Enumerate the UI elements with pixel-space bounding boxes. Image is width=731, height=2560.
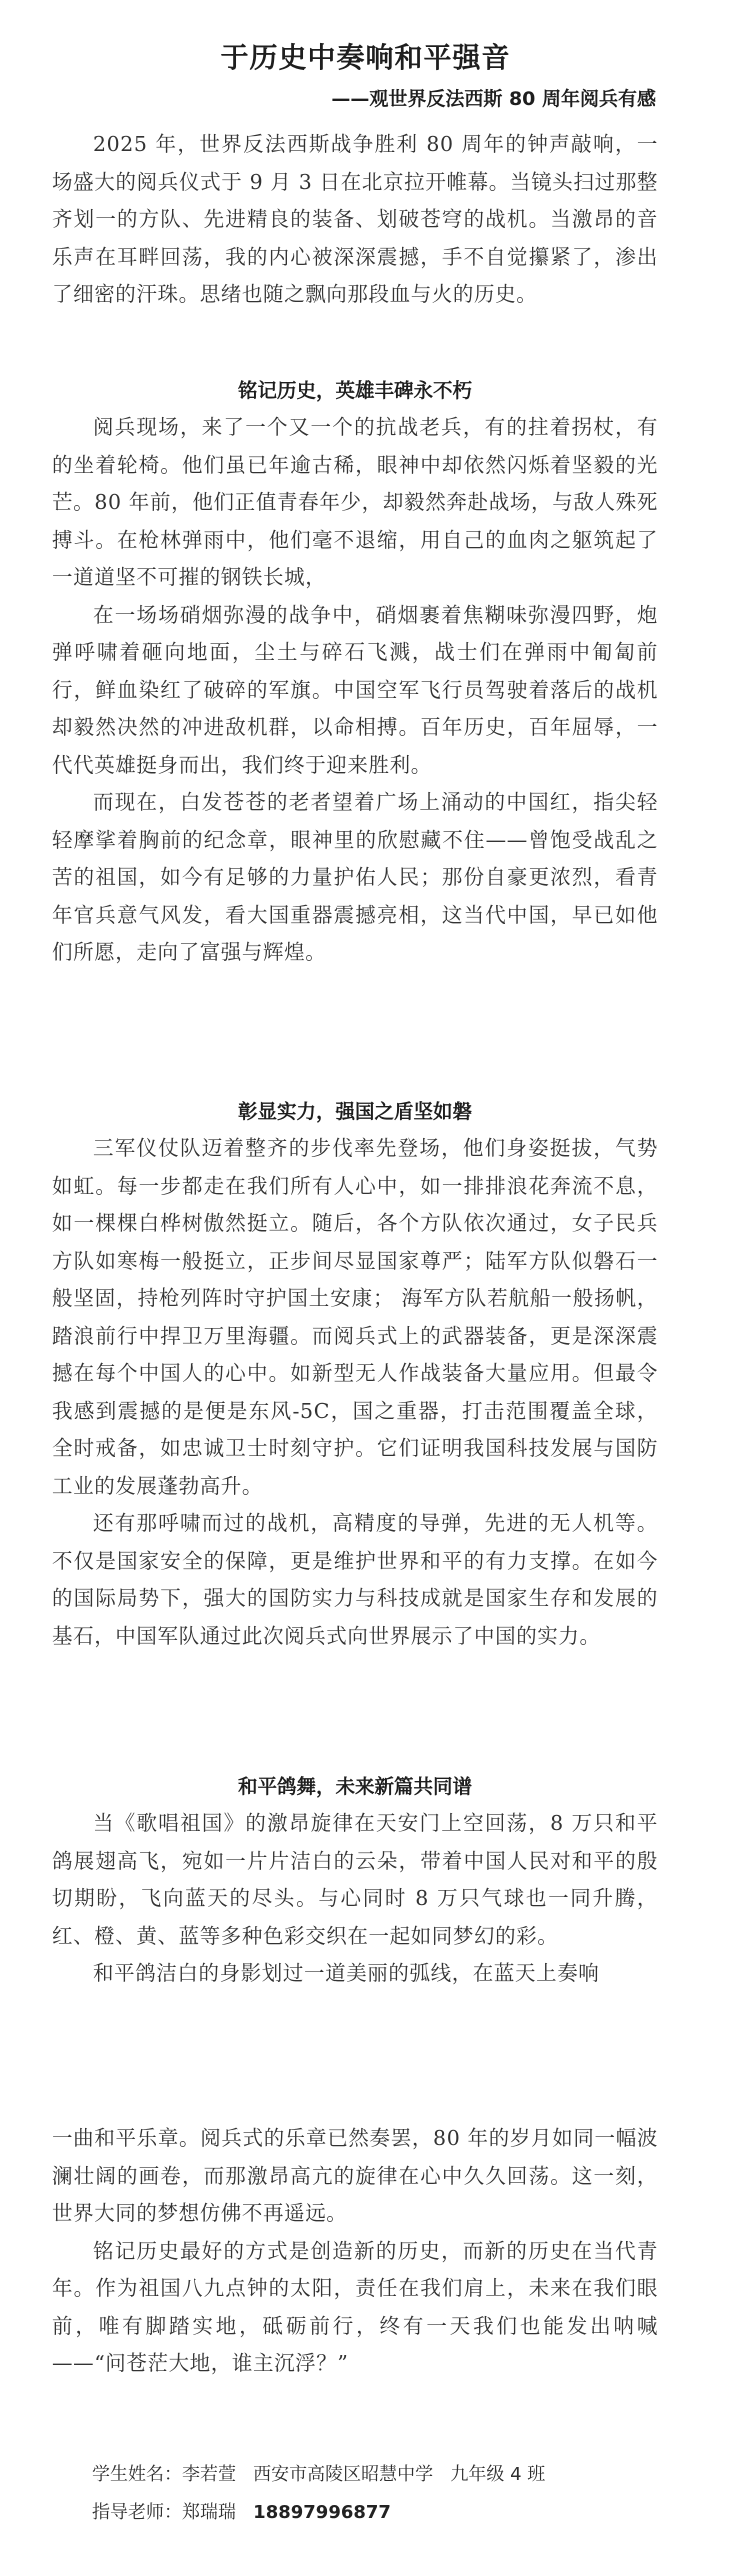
teacher-label: 指导老师： [92,2502,182,2523]
student-label: 学生姓名： [92,2464,182,2485]
essay-title: 于历史中奏响和平强音 [0,36,731,76]
section-heading: 和平鸽舞，未来新篇共同谱 [52,1768,658,1805]
section-heading: 铭记历史，英雄丰碑永不朽 [52,372,658,409]
section-paragraph: 和平鸽洁白的身影划过一道美丽的弧线，在蓝天上奏响 [52,1955,658,1993]
section-peace-doves: 和平鸽舞，未来新篇共同谱 当《歌唱祖国》的激昂旋律在天安门上空回荡，8 万只和平… [52,1768,658,1993]
teacher-name: 郑瑞瑞 [182,2502,236,2523]
intro-block: 2025 年，世界反法西斯战争胜利 80 周年的钟声敲响，一场盛大的阅兵仪式于 … [52,126,658,314]
school-name: 西安市高陵区昭慧中学 [253,2464,433,2485]
section-peace-continued: 一曲和平乐章。阅兵式的乐章已然奏罢，80 年的岁月如同一幅波澜壮阔的画卷，而那激… [52,2120,658,2383]
continued-paragraph: 一曲和平乐章。阅兵式的乐章已然奏罢，80 年的岁月如同一幅波澜壮阔的画卷，而那激… [52,2120,658,2233]
section-paragraph: 阅兵现场，来了一个又一个的抗战老兵，有的拄着拐杖，有的坐着轮椅。他们虽已年逾古稀… [52,409,658,597]
essay-page: 于历史中奏响和平强音 ——观世界反法西斯 80 周年阅兵有感 2025 年，世界… [0,0,731,2560]
teacher-info-row: 指导老师：郑瑞瑞 18897996877 [92,2498,391,2524]
teacher-phone: 18897996877 [253,2502,391,2523]
essay-subtitle: ——观世界反法西斯 80 周年阅兵有感 [331,84,656,111]
section-paragraph: 在一场场硝烟弥漫的战争中，硝烟裹着焦糊味弥漫四野，炮弹呼啸着砸向地面，尘土与碎石… [52,597,658,785]
closing-paragraph: 铭记历史最好的方式是创造新的历史，而新的历史在当代青年。作为祖国八九点钟的太阳，… [52,2233,658,2383]
section-paragraph: 当《歌唱祖国》的激昂旋律在天安门上空回荡，8 万只和平鸽展翅高飞，宛如一片片洁白… [52,1805,658,1955]
section-show-strength: 彰显实力，强国之盾坚如磐 三军仪仗队迈着整齐的步伐率先登场，他们身姿挺拔，气势如… [52,1093,658,1655]
student-info-row: 学生姓名：李若萱 西安市高陵区昭慧中学 九年级 4 班 [92,2460,545,2486]
student-name: 李若萱 [182,2464,236,2485]
section-remember-history: 铭记历史，英雄丰碑永不朽 阅兵现场，来了一个又一个的抗战老兵，有的拄着拐杖，有的… [52,372,658,972]
section-paragraph: 而现在，白发苍苍的老者望着广场上涌动的中国红，指尖轻轻摩挲着胸前的纪念章，眼神里… [52,784,658,972]
class-name: 九年级 4 班 [450,2464,545,2485]
section-paragraph: 三军仪仗队迈着整齐的步伐率先登场，他们身姿挺拔，气势如虹。每一步都走在我们所有人… [52,1130,658,1505]
section-heading: 彰显实力，强国之盾坚如磐 [52,1093,658,1130]
section-paragraph: 还有那呼啸而过的战机，高精度的导弹，先进的无人机等。不仅是国家安全的保障，更是维… [52,1505,658,1655]
intro-paragraph: 2025 年，世界反法西斯战争胜利 80 周年的钟声敲响，一场盛大的阅兵仪式于 … [52,126,658,314]
